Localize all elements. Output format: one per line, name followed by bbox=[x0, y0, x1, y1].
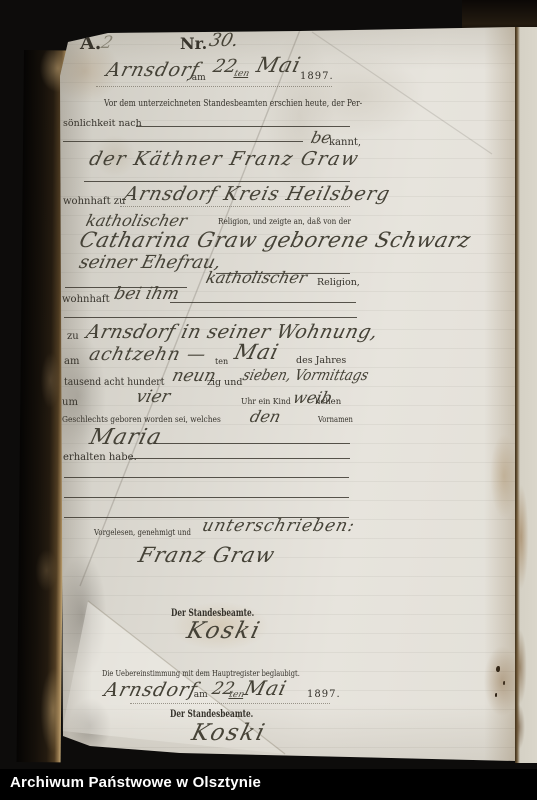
page-shading bbox=[60, 26, 516, 763]
facing-page-edge bbox=[515, 27, 537, 763]
facing-page-stains bbox=[515, 27, 537, 763]
document-page: A. 2 Nr. 30. Arnsdorf , am 22 ten Mai 18… bbox=[60, 26, 516, 763]
binding-wear-texture bbox=[17, 50, 68, 762]
archive-bar: Archiwum Państwowe w Olsztynie bbox=[0, 769, 537, 800]
book-binding bbox=[17, 50, 68, 762]
archive-scan-scene: A. 2 Nr. 30. Arnsdorf , am 22 ten Mai 18… bbox=[0, 0, 537, 800]
book-spine-top bbox=[462, 0, 537, 30]
archive-name: Archiwum Państwowe w Olsztynie bbox=[10, 774, 261, 791]
